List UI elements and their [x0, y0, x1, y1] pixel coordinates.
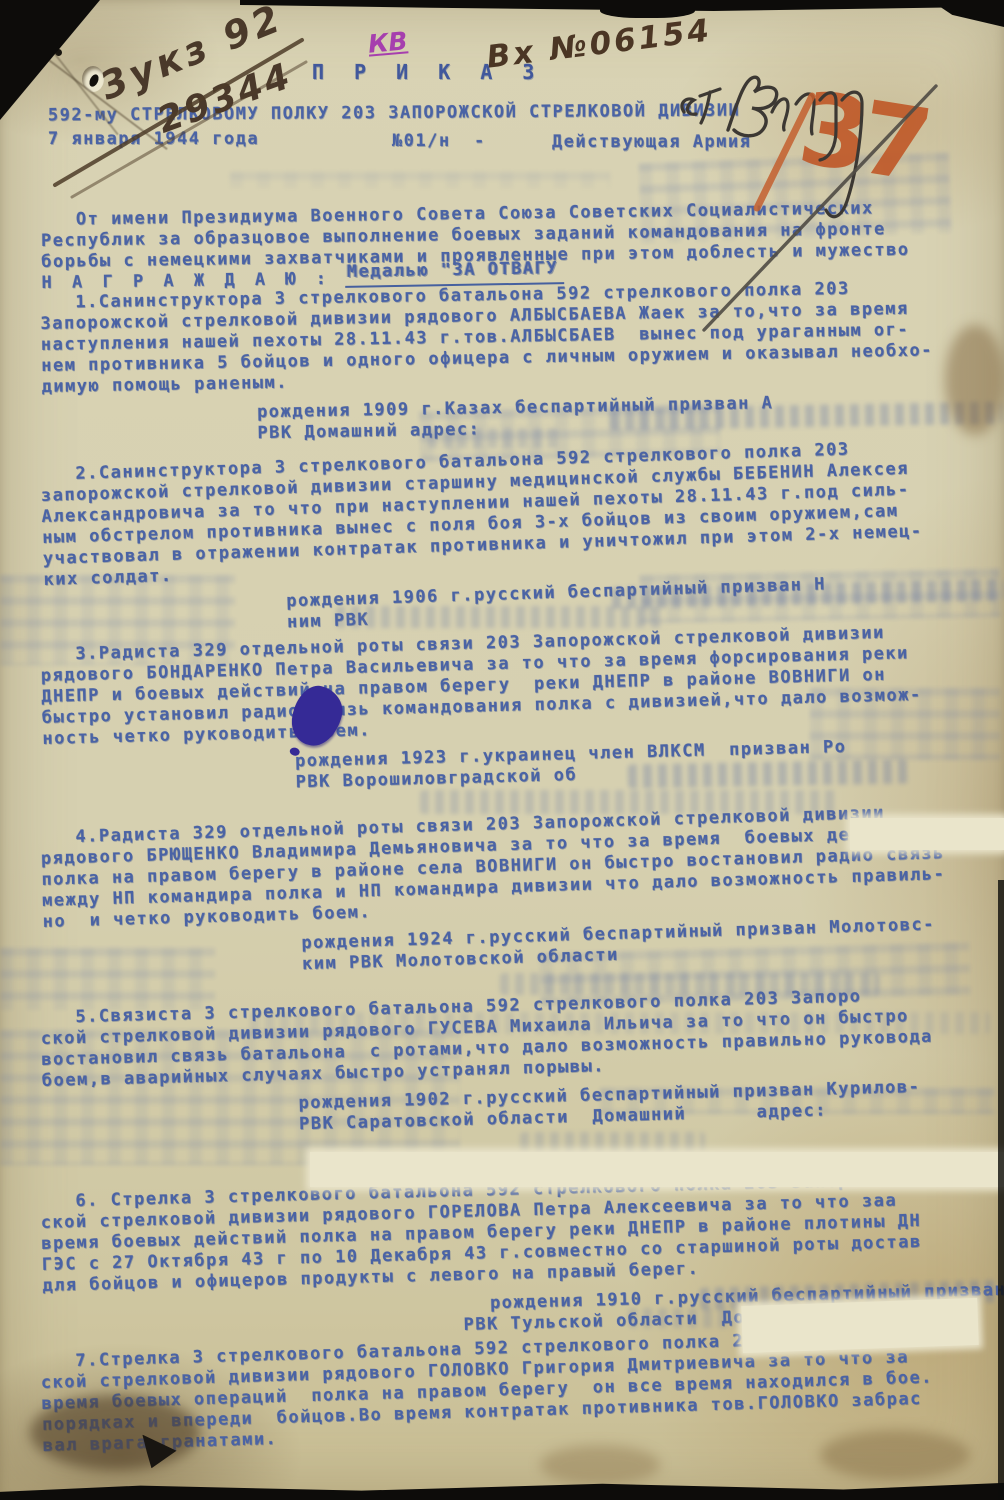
kv-mark: КВ	[367, 26, 409, 58]
stain	[820, 1430, 970, 1480]
army-label: Действующая Армия	[552, 132, 752, 153]
smudge	[336, 606, 666, 628]
smudge	[500, 973, 880, 995]
stain	[945, 325, 1004, 435]
redaction-box	[310, 1152, 1004, 1187]
smudge	[520, 1132, 705, 1154]
redaction-box	[741, 1298, 978, 1353]
smudge	[428, 428, 558, 448]
redaction-box	[850, 818, 1004, 850]
stain	[30, 1395, 200, 1470]
scan-edge-right	[998, 880, 1004, 1500]
stain	[540, 1445, 660, 1485]
award-item: 5.Связиста 3 стрелкового батальона 592 с…	[40, 983, 995, 1142]
scan-edge-top-blob	[600, 0, 695, 18]
scanned-order-page: П Р И К А З 592-му СТРЕЛКОВОМУ ПОЛКУ 203…	[0, 0, 1004, 1500]
smudge	[628, 760, 908, 789]
orange-page-number: 37	[792, 69, 932, 204]
smudge	[628, 1308, 738, 1328]
order-number: №01/н -	[392, 131, 486, 152]
smudge	[420, 790, 840, 814]
smudge	[250, 1012, 990, 1034]
